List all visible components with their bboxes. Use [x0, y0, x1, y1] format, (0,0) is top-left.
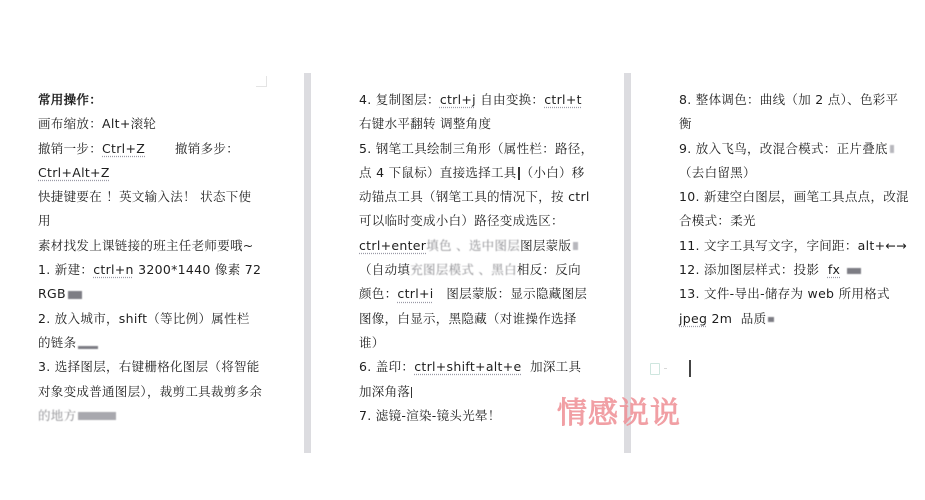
redacted-image-placeholder [847, 268, 861, 274]
page-gap-divider [304, 73, 311, 453]
text-line: 用 [38, 209, 273, 233]
shortcut-text: ctrl+n [93, 262, 134, 277]
step-2-line: 2. 放入城市，shift（等比例）属性栏 [38, 307, 273, 331]
shortcut-text: ctrl+i [397, 286, 433, 301]
shortcut-text: Ctrl+Alt+Z [38, 165, 110, 180]
page-column-3[interactable]: 8. 整体调色：曲线（加 2 点）、色彩平 衡 9. 放入飞鸟，改混合模式：正片… [679, 88, 904, 331]
text-cursor-mark [518, 167, 520, 180]
step-5-line: 5. 钢笔工具绘制三角形（属性栏：路径， [359, 137, 584, 161]
text-line: （去白留黑） [679, 161, 904, 185]
shortcut-text: ctrl+t [544, 92, 582, 107]
text-line: Ctrl+Alt+Z [38, 161, 273, 185]
step-13-line: 13. 文件-导出-储存为 web 所用格式 [679, 282, 904, 306]
step-3-line: 3. 选择图层，右键栅格化图层（将智能 [38, 355, 273, 379]
text-line: 的地方 [38, 404, 273, 428]
step-4-line: 4. 复制图层：ctrl+j 自由变换：ctrl+t [359, 88, 584, 112]
shortcut-text: ctrl+enter [359, 238, 426, 253]
text-line: 快捷键要在 ！英文输入法！ 状态下使 [38, 185, 273, 209]
text-cursor-mark [411, 387, 412, 398]
page-column-2[interactable]: 4. 复制图层：ctrl+j 自由变换：ctrl+t 右键水平翻转 调整角度 5… [359, 88, 584, 428]
paragraph-handle-icon[interactable] [650, 363, 660, 375]
shortcut-text: ctrl+shift+alt+e [414, 359, 521, 374]
page-corner-mark [256, 76, 267, 87]
text-line: jpeg 2m 品质 [679, 307, 904, 331]
text-line: 颜色：ctrl+i 图层蒙版：显示隐藏图层 [359, 282, 584, 306]
text-line: 加深角落 [359, 380, 584, 404]
step-11-line: 11. 文字工具写文字，字间距：alt+←→ [679, 234, 904, 258]
text-line: （自动填充图层模式 、黑白相反：反向 [359, 258, 584, 282]
text-line: 图像，白显示，黑隐藏（对谁操作选择 [359, 307, 584, 331]
empty-paragraph-cursor[interactable] [650, 360, 691, 377]
dot-icon [664, 368, 667, 369]
shortcut-text: Ctrl+Z [102, 141, 145, 156]
step-7-line: 7. 滤镜-渲染-镜头光晕！ [359, 404, 584, 428]
redacted-image-placeholder [573, 242, 578, 250]
text-line: 可以临时变成小白）路径变成选区： [359, 209, 584, 233]
text-line: ctrl+enter填色 、选中图层图层蒙版 [359, 234, 584, 258]
redacted-image-placeholder [78, 346, 98, 349]
text-line: 右键水平翻转 调整角度 [359, 112, 584, 136]
step-9-line: 9. 放入飞鸟，改混合模式：正片叠底 [679, 137, 904, 161]
heading-common-operations: 常用操作： [38, 88, 273, 112]
text-caret [689, 360, 691, 377]
text-line: 合模式：柔光 [679, 209, 904, 233]
text-line: 谁） [359, 331, 584, 355]
text-line: 对象变成普通图层），裁剪工具裁剪多余 [38, 380, 273, 404]
redacted-image-placeholder [68, 291, 82, 299]
redacted-image-placeholder [78, 412, 116, 420]
redacted-image-placeholder [890, 145, 894, 153]
text-line: RGB [38, 282, 273, 306]
shortcut-text: jpeg [679, 311, 707, 326]
text-line: 点 4 下鼠标）直接选择工具（小白）移 [359, 161, 584, 185]
document-canvas: 常用操作： 画布缩放：Alt+滚轮 撤销一步：Ctrl+Z 撤销多步： Ctrl… [0, 0, 925, 500]
text-line: 动锚点工具（钢笔工具的情况下，按 ctrl [359, 185, 584, 209]
step-1-line: 1. 新建：ctrl+n 3200*1440 像素 72 [38, 258, 273, 282]
text-line: 画布缩放：Alt+滚轮 [38, 112, 273, 136]
shortcut-text: ctrl+j [440, 92, 476, 107]
shortcut-text: fx [828, 262, 840, 277]
text-line: 衡 [679, 112, 904, 136]
redacted-image-placeholder [768, 317, 774, 322]
step-12-line: 12. 添加图层样式：投影 fx [679, 258, 904, 282]
page-column-1[interactable]: 常用操作： 画布缩放：Alt+滚轮 撤销一步：Ctrl+Z 撤销多步： Ctrl… [38, 88, 273, 428]
step-8-line: 8. 整体调色：曲线（加 2 点）、色彩平 [679, 88, 904, 112]
step-10-line: 10. 新建空白图层，画笔工具点点，改混 [679, 185, 904, 209]
text-line: 撤销一步：Ctrl+Z 撤销多步： [38, 137, 273, 161]
watermark: 情感说说 [557, 388, 681, 432]
text-line: 的链条 [38, 331, 273, 355]
text-line: 素材找发上课链接的班主任老师要哦~ [38, 234, 273, 258]
step-6-line: 6. 盖印：ctrl+shift+alt+e 加深工具 [359, 355, 584, 379]
